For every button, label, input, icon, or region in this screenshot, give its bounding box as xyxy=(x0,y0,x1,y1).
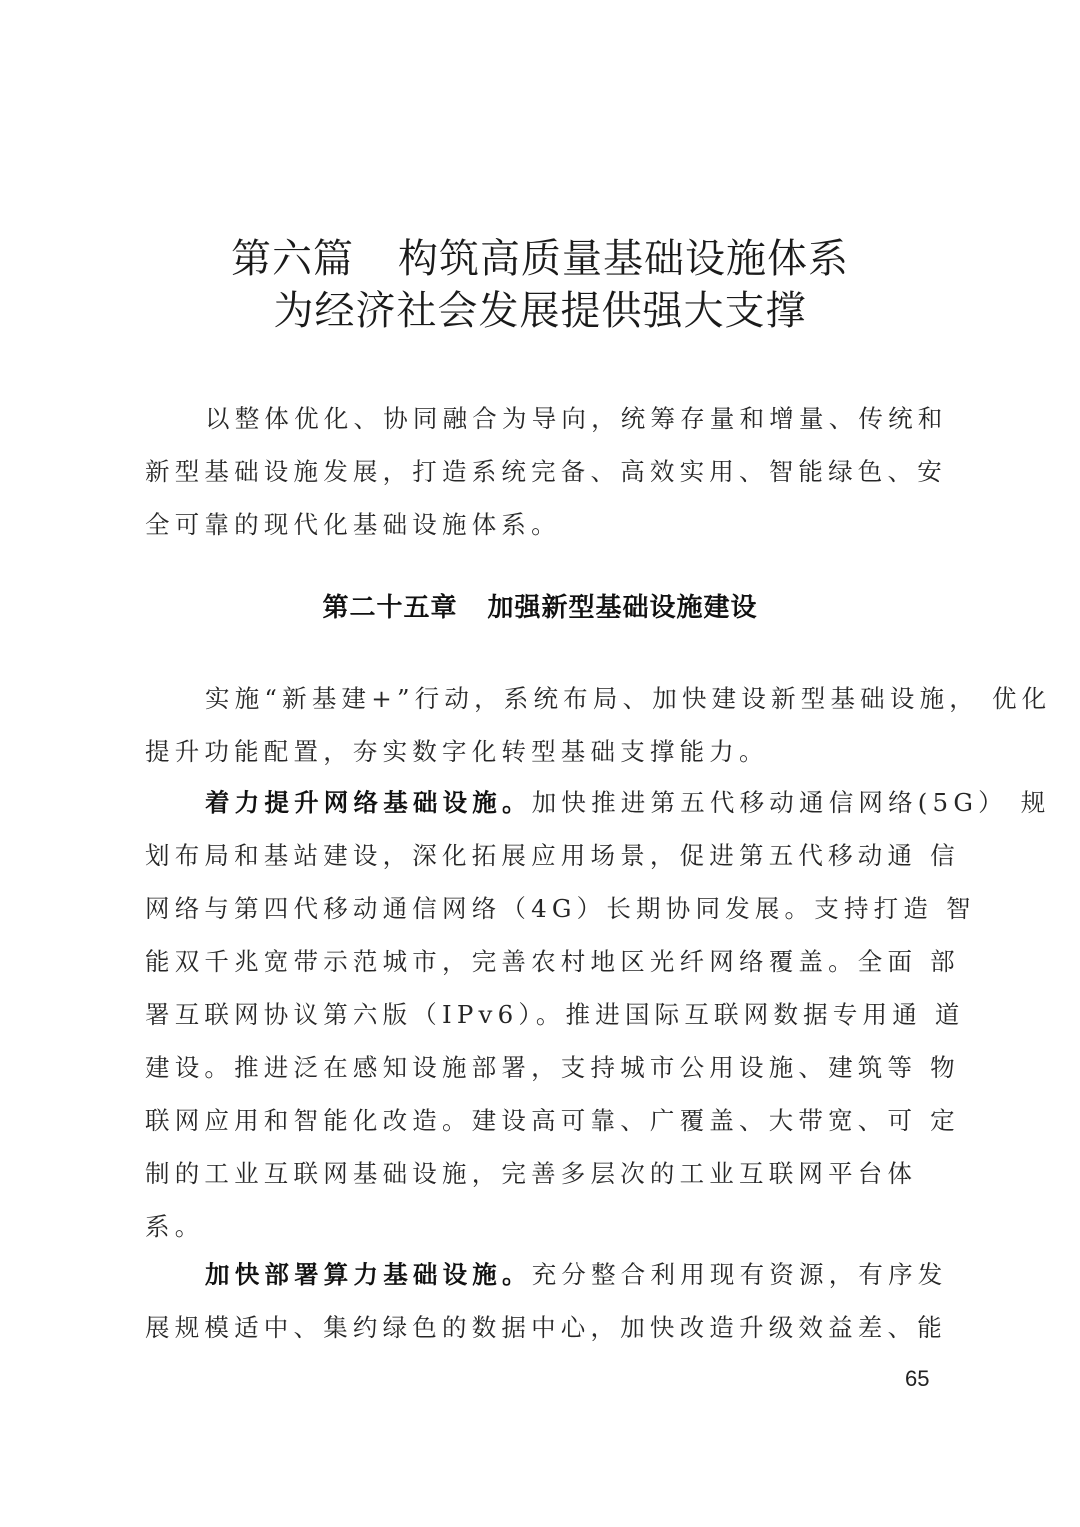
chapter-label: 第二十五章 xyxy=(322,593,457,623)
paragraph-line: 署互联网协议第六版（IPv6）。推进国际互联网数据专用通 道 xyxy=(145,988,965,1041)
paragraph-first-line: 着力提升网络基础设施。加快推进第五代移动通信网络(5G） 规 xyxy=(205,776,1051,829)
part-title-text: 构筑高质量基础设施体系 xyxy=(398,236,849,282)
paragraph-line: 划布局和基站建设，深化拓展应用场景，促进第五代移动通 信 xyxy=(145,829,960,882)
paragraph-line: 制的工业互联网基础设施，完善多层次的工业互联网平台体 xyxy=(145,1147,917,1200)
page-number: 65 xyxy=(905,1366,929,1392)
paragraph-line: 新型基础设施发展，打造系统完备、高效实用、智能绿色、安 xyxy=(145,445,947,498)
paragraph-line: 系。 xyxy=(145,1200,204,1253)
paragraph-text: 充分整合利用现有资源，有序发 xyxy=(532,1260,948,1289)
part-title-line-1: 第六篇构筑高质量基础设施体系 xyxy=(0,232,1080,286)
paragraph-line: 网络与第四代移动通信网络（4G）长期协同发展。支持打造 智 xyxy=(145,882,976,935)
paragraph-line: 全可靠的现代化基础设施体系。 xyxy=(145,498,561,551)
paragraph-text: 加快推进第五代移动通信网络(5G） 规 xyxy=(532,788,1051,817)
chapter-title: 第二十五章加强新型基础设施建设 xyxy=(0,588,1080,628)
paragraph-line: 联网应用和智能化改造。建设高可靠、广覆盖、大带宽、可 定 xyxy=(145,1094,960,1147)
paragraph-line: 展规模适中、集约绿色的数据中心，加快改造升级效益差、能 xyxy=(145,1301,947,1354)
part-title-line-2: 为经济社会发展提供强大支撑 xyxy=(0,284,1080,338)
paragraph-line: 建设。推进泛在感知设施部署，支持城市公用设施、建筑等 物 xyxy=(145,1041,960,1094)
chapter-title-text: 加强新型基础设施建设 xyxy=(488,593,758,623)
section-lead-heading: 加快部署算力基础设施。 xyxy=(205,1260,532,1289)
paragraph-line: 提升功能配置，夯实数字化转型基础支撑能力。 xyxy=(145,725,769,778)
paragraph-first-line: 加快部署算力基础设施。充分整合利用现有资源，有序发 xyxy=(205,1248,948,1301)
paragraph-line: 实施“新基建+”行动，系统布局、加快建设新型基础设施， 优化 xyxy=(205,672,1051,725)
paragraph-line: 以整体优化、协同融合为导向，统筹存量和增量、传统和 xyxy=(205,392,948,445)
section-lead-heading: 着力提升网络基础设施。 xyxy=(205,788,532,817)
part-label: 第六篇 xyxy=(231,236,354,282)
paragraph-line: 能双千兆宽带示范城市，完善农村地区光纤网络覆盖。全面 部 xyxy=(145,935,960,988)
